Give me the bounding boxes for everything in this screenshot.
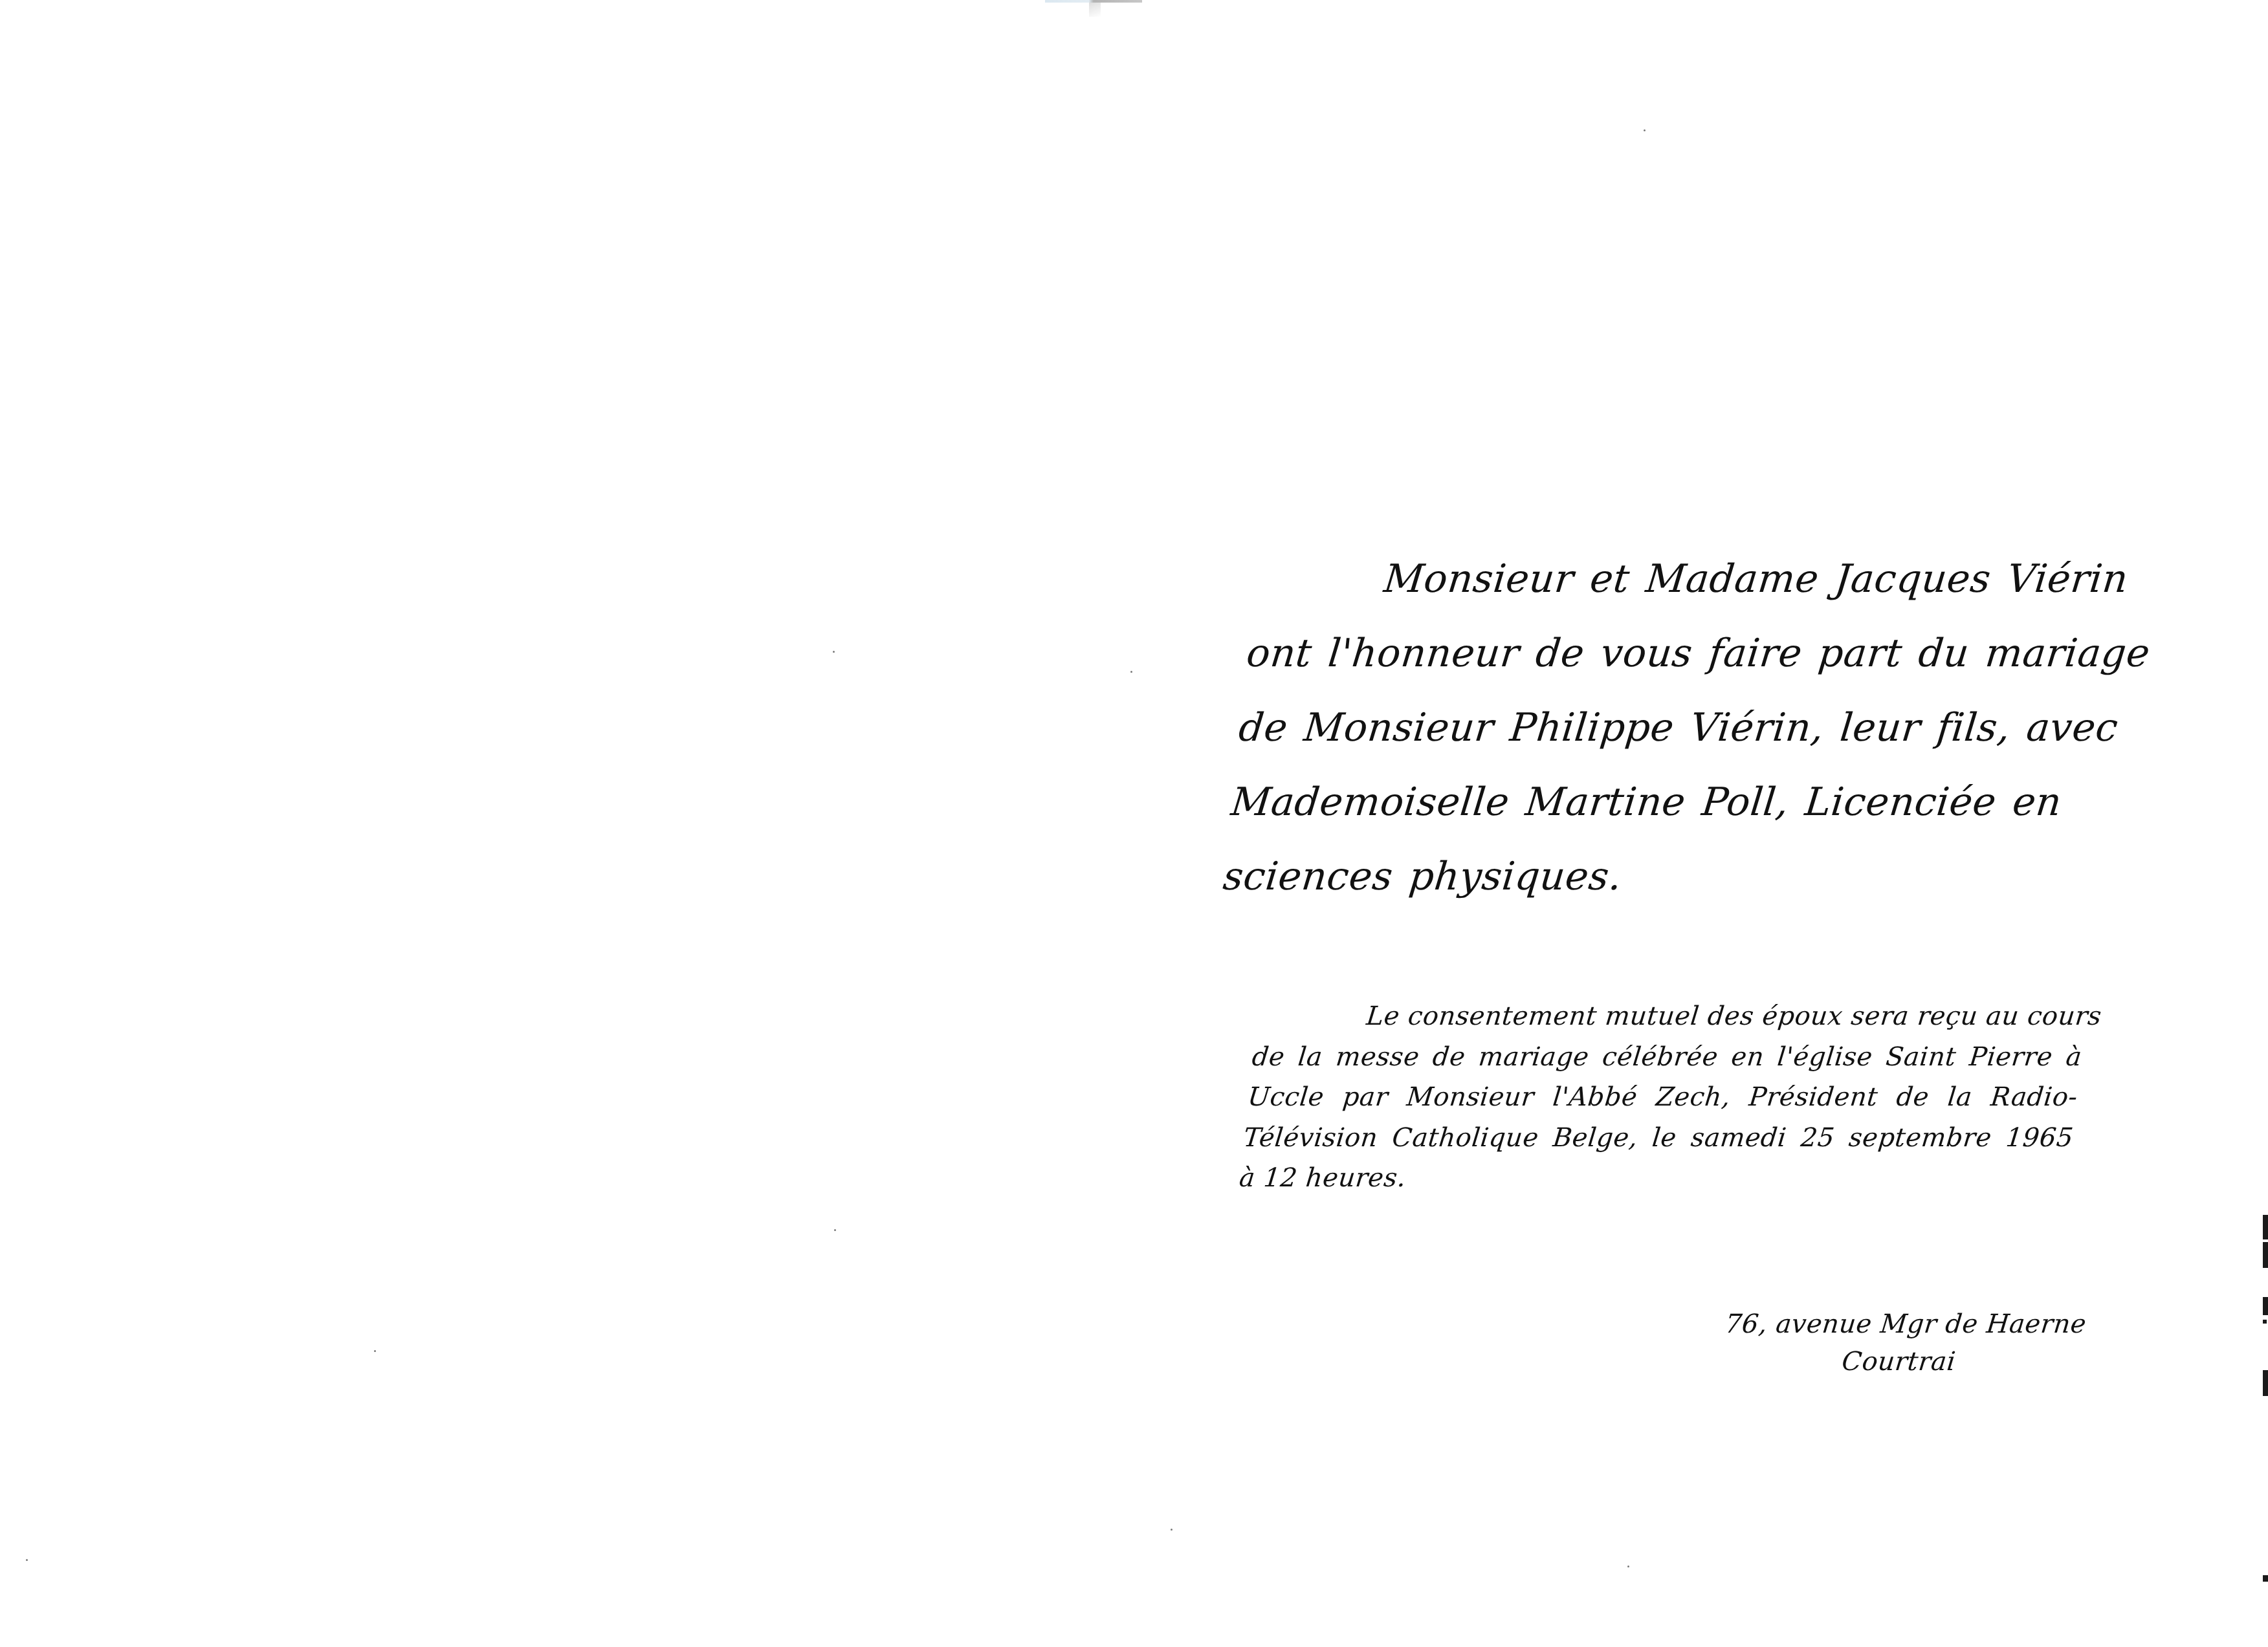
address-street: 76, avenue Mgr de Haerne [1691,1305,2088,1343]
announcement-line: ont l'honneur de vous faire part du mari… [1243,616,2080,691]
dust-speck [833,651,835,653]
scan-edge-mark [2263,1575,2268,1582]
dust-speck [1130,671,1132,673]
dust-speck [26,1559,28,1561]
scan-edge-mark [2263,1242,2268,1268]
dust-speck [1627,1565,1629,1567]
announcement-line: Mademoiselle Martine Poll, Licenciée en [1228,765,2065,840]
announcement-line: sciences physiques. [1220,840,2057,914]
sender-address: 76, avenue Mgr de Haerne Courtrai [1688,1305,2088,1380]
ceremony-line: Télévision Catholique Belge, le samedi 2… [1242,1118,2076,1159]
scan-edge-mark [2263,1297,2268,1315]
dust-speck [834,1229,836,1231]
scan-edge-mark [2263,1370,2268,1396]
scan-edge-mark [2263,1215,2268,1239]
ceremony-paragraph: Le consentement mutuel des époux sera re… [1237,996,2088,1199]
dust-speck [1171,1529,1173,1531]
dust-speck [1644,129,1646,131]
announcement-line: Monsieur et Madame Jacques Viérin [1251,542,2088,616]
announcement-line: de Monsieur Philippe Viérin, leur fils, … [1235,691,2073,765]
scan-corner-artifact [1089,3,1101,17]
scan-edge-mark [2263,1320,2267,1324]
announcement-paragraph: Monsieur et Madame Jacques Viérin ont l'… [1220,542,2088,914]
ceremony-line: Uccle par Monsieur l'Abbé Zech, Présiden… [1246,1077,2080,1118]
address-city: Courtrai [1688,1343,2084,1380]
ceremony-line: de la messe de mariage célébrée en l'égl… [1250,1037,2084,1078]
ceremony-line: à 12 heures. [1237,1158,2071,1199]
dust-speck [374,1350,376,1352]
ceremony-line: Le consentement mutuel des époux sera re… [1254,996,2088,1037]
